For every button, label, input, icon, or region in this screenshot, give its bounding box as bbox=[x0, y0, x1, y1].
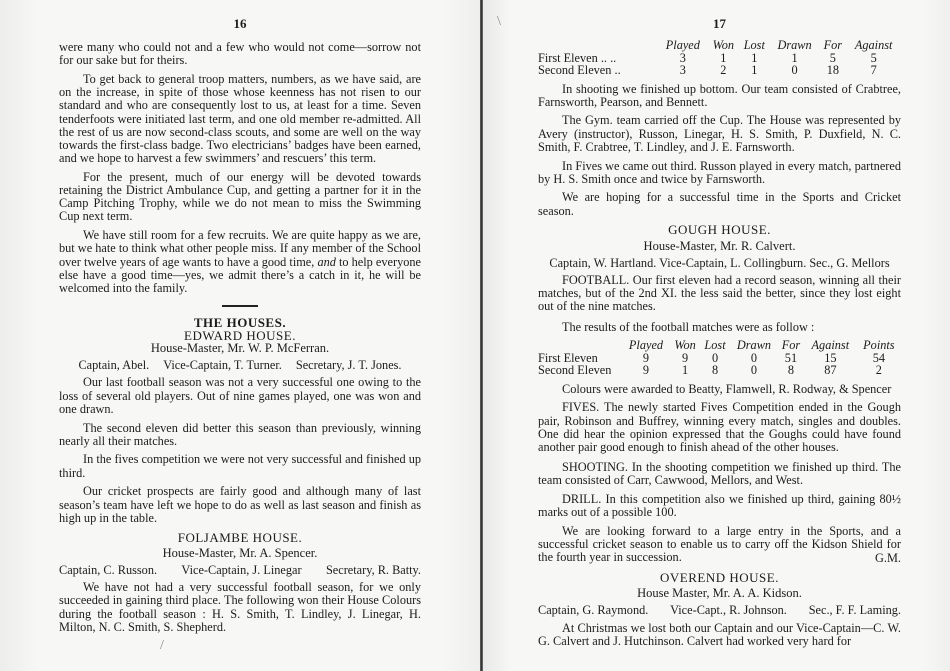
table-row: Second Eleven .. 3 2 1 0 18 7 bbox=[538, 64, 901, 77]
paragraph: FOOTBALL. Our first eleven had a record … bbox=[538, 274, 901, 314]
table-header-row: Played Won Lost Drawn For Against Points bbox=[538, 339, 901, 352]
page-16: 16 were many who could not and a few who… bbox=[0, 0, 481, 671]
captain: Captain, C. Russon. bbox=[59, 564, 157, 577]
pencil-mark: \ bbox=[497, 14, 501, 30]
italic-text: and bbox=[317, 255, 335, 269]
col-header: For bbox=[819, 39, 846, 52]
table-header-row: Played Won Lost Drawn For Against bbox=[538, 39, 901, 52]
paragraph: FIVES. The newly started Fives Competiti… bbox=[538, 401, 901, 454]
paragraph: In shooting we finished up bottom. Our t… bbox=[538, 83, 901, 109]
captain: Captain, G. Raymond. bbox=[538, 604, 648, 617]
pencil-mark: / bbox=[160, 638, 164, 654]
page-number: 17 bbox=[538, 16, 901, 32]
section-divider bbox=[222, 305, 258, 307]
gough-results-table: Played Won Lost Drawn For Against Points… bbox=[538, 339, 901, 377]
captain: Captain, Abel. bbox=[78, 359, 149, 372]
house-title-overend: OVEREND HOUSE. bbox=[538, 571, 901, 584]
cell: 87 bbox=[804, 364, 857, 377]
recruits-paragraph: We have still room for a few recruits. W… bbox=[59, 229, 421, 295]
paragraph: To get back to general troop matters, nu… bbox=[59, 73, 421, 165]
col-header: Played bbox=[622, 339, 670, 352]
paragraph: We are hoping for a successful time in t… bbox=[538, 191, 901, 217]
col-header: Won bbox=[708, 39, 739, 52]
table-row: Second Eleven 9 1 8 0 8 87 2 bbox=[538, 364, 901, 377]
cell: 9 bbox=[622, 364, 670, 377]
house-master-gough: House-Master, Mr. R. Calvert. bbox=[538, 240, 901, 253]
house-title-gough: GOUGH HOUSE. bbox=[538, 223, 901, 236]
paragraph: In Fives we came out third. Russon playe… bbox=[538, 160, 901, 186]
cell: 0 bbox=[730, 364, 778, 377]
paragraph: DRILL. In this competition also we finis… bbox=[538, 493, 901, 519]
house-title-foljambe: FOLJAMBE HOUSE. bbox=[59, 531, 421, 544]
paragraph: were many who could not and a few who wo… bbox=[59, 41, 421, 67]
col-header: Drawn bbox=[730, 339, 778, 352]
paragraph: SHOOTING. In the shooting competition we… bbox=[538, 461, 901, 487]
officers-overend: Captain, G. Raymond. Vice-Capt., R. John… bbox=[538, 604, 901, 617]
vice-captain: Vice-Capt., R. Johnson. bbox=[670, 604, 787, 617]
col-header: For bbox=[778, 339, 804, 352]
cell: 1 bbox=[739, 64, 770, 77]
paragraph: The second eleven did better this season… bbox=[59, 422, 421, 448]
secretary: Sec., F. F. Laming. bbox=[809, 604, 901, 617]
cell: 1 bbox=[670, 364, 700, 377]
col-header bbox=[538, 39, 658, 52]
paragraph: In the fives competition we were not ver… bbox=[59, 453, 421, 479]
cell: 7 bbox=[846, 64, 901, 77]
paragraph: The results of the football matches were… bbox=[538, 321, 901, 334]
secretary: Secretary, R. Batty. bbox=[326, 564, 421, 577]
col-header: Played bbox=[658, 39, 708, 52]
paragraph: Colours were awarded to Beatty, Flamwell… bbox=[538, 383, 901, 396]
cell: 18 bbox=[819, 64, 846, 77]
col-header: Drawn bbox=[770, 39, 820, 52]
col-header: Points bbox=[857, 339, 901, 352]
cell: 8 bbox=[700, 364, 730, 377]
col-header bbox=[538, 339, 622, 352]
cell: 3 bbox=[658, 64, 708, 77]
row-label: Second Eleven .. bbox=[538, 64, 658, 77]
house-master-foljambe: House-Master, Mr. A. Spencer. bbox=[59, 547, 421, 560]
col-header: Against bbox=[804, 339, 857, 352]
section-heading: THE HOUSES. bbox=[59, 316, 421, 329]
col-header: Won bbox=[670, 339, 700, 352]
paragraph: For the present, much of our energy will… bbox=[59, 171, 421, 224]
right-page-column: 17 Played Won Lost Drawn For Against Fir… bbox=[538, 0, 901, 653]
house-master-edward: House-Master, Mr. W. P. McFerran. bbox=[59, 342, 421, 355]
paragraph: The Gym. team carried off the Cup. The H… bbox=[538, 114, 901, 154]
cell: 2 bbox=[708, 64, 739, 77]
cell: 8 bbox=[778, 364, 804, 377]
officers-edward: Captain, Abel. Vice-Captain, T. Turner. … bbox=[59, 359, 421, 372]
house-master-overend: House Master, Mr. A. A. Kidson. bbox=[538, 587, 901, 600]
cell: 0 bbox=[770, 64, 820, 77]
col-header: Against bbox=[846, 39, 901, 52]
col-header: Lost bbox=[700, 339, 730, 352]
page-17: \ 17 Played Won Lost Drawn For Against F… bbox=[483, 0, 950, 671]
paragraph: We have not had a very successful footba… bbox=[59, 581, 421, 634]
paragraph: At Christmas we lost both our Captain an… bbox=[538, 622, 901, 648]
officers-foljambe: Captain, C. Russon. Vice-Captain, J. Lin… bbox=[59, 564, 421, 577]
cell: 2 bbox=[857, 364, 901, 377]
book-spread: 16 were many who could not and a few who… bbox=[0, 0, 950, 671]
paragraph: Our cricket prospects are fairly good an… bbox=[59, 485, 421, 525]
row-label: Second Eleven bbox=[538, 364, 622, 377]
secretary: Secretary, J. T. Jones. bbox=[296, 359, 402, 372]
foljambe-results-table: Played Won Lost Drawn For Against First … bbox=[538, 39, 901, 77]
vice-captain: Vice-Captain, T. Turner. bbox=[163, 359, 282, 372]
col-header: Lost bbox=[739, 39, 770, 52]
left-page-column: 16 were many who could not and a few who… bbox=[59, 0, 421, 639]
page-number: 16 bbox=[59, 16, 421, 32]
paragraph: Our last football season was not a very … bbox=[59, 376, 421, 416]
vice-captain: Vice-Captain, J. Linegar bbox=[181, 564, 301, 577]
officers-gough: Captain, W. Hartland. Vice-Captain, L. C… bbox=[538, 257, 901, 270]
